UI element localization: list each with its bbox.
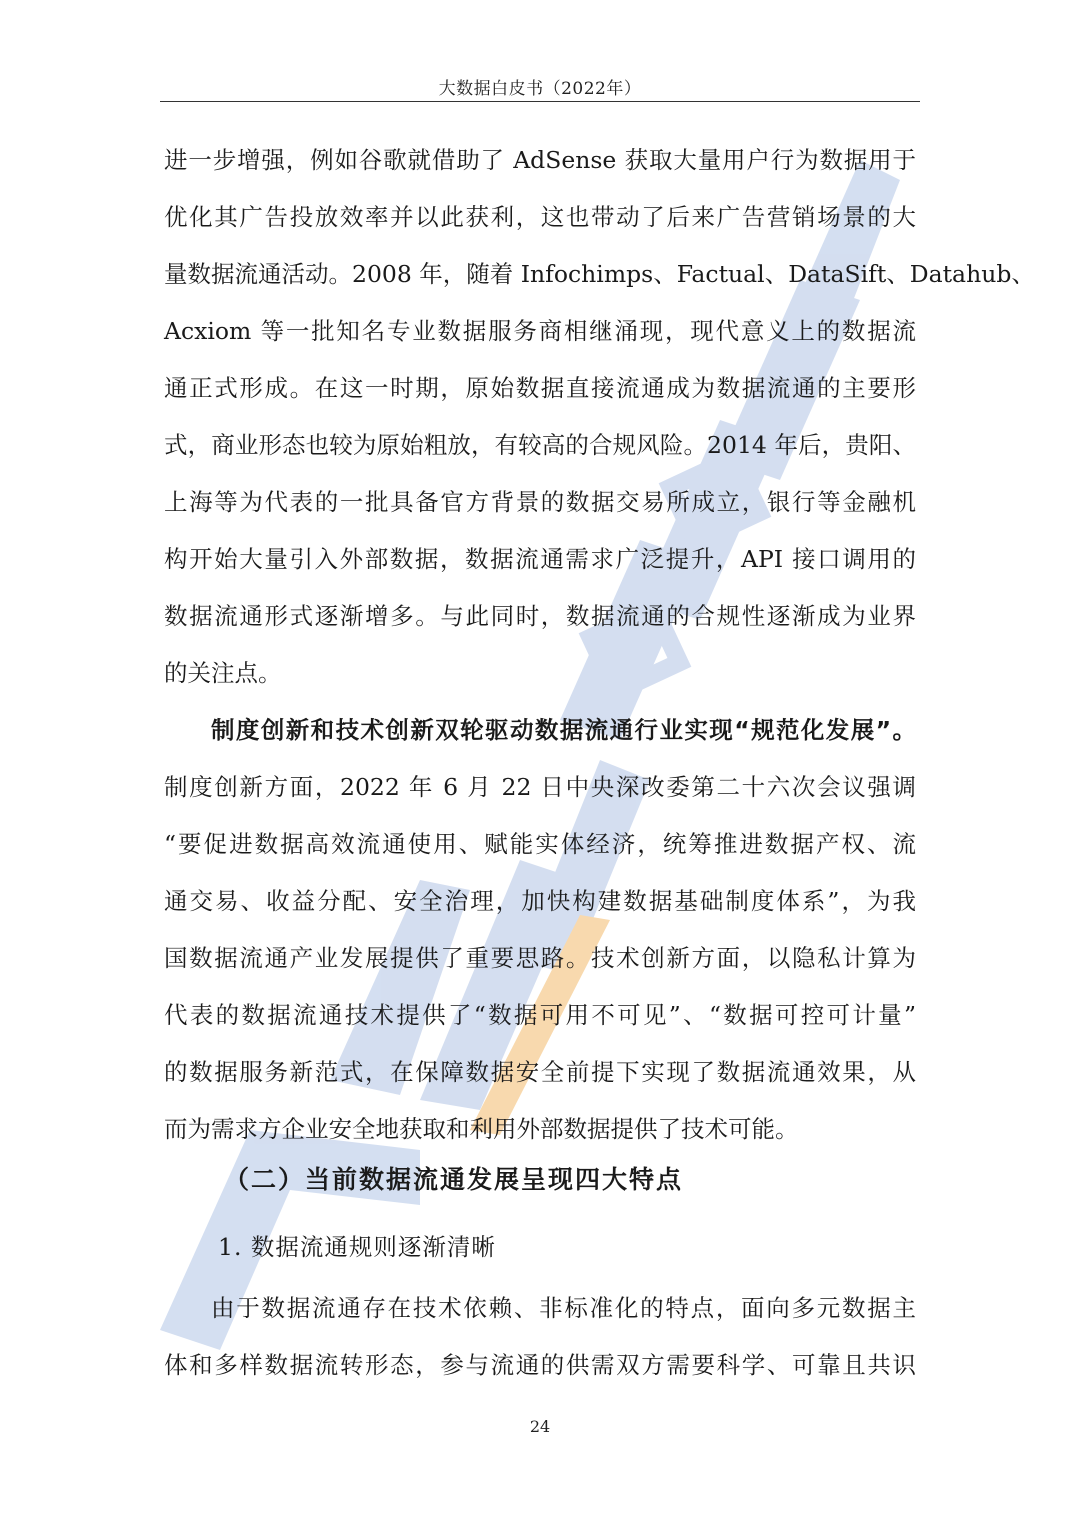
section-heading: （二）当前数据流通发展呈现四大特点: [224, 1160, 683, 1196]
text-line: 而为需求方企业安全地获取和利用外部数据提供了技术可能。: [164, 1101, 916, 1158]
text-line: 优化其广告投放效率并以此获利，这也带动了后来广告营销场景的大: [164, 189, 916, 246]
text-line: “要促进数据高效流通使用、赋能实体经济，统筹推进数据产权、流: [164, 816, 916, 873]
text-line: 制度创新方面，2022 年 6 月 22 日中央深改委第二十六次会议强调: [164, 759, 916, 816]
text-line: 式，商业形态也较为原始粗放，有较高的合规风险。2014 年后，贵阳、: [164, 417, 916, 474]
text-line: 国数据流通产业发展提供了重要思路。技术创新方面，以隐私计算为: [164, 930, 916, 987]
text-line: 上海等为代表的一批具备官方背景的数据交易所成立，银行等金融机: [164, 474, 916, 531]
page-number: 24: [0, 1417, 1080, 1436]
text-line: 代表的数据流通技术提供了“数据可用不可见”、“数据可控可计量”: [164, 987, 916, 1044]
document-page: 大数据白皮书（2022年） 进一步增强，例如谷歌就借助了 AdSense 获取大…: [0, 0, 1080, 1527]
text-line: 的关注点。: [164, 645, 916, 702]
header-divider: [160, 101, 920, 102]
text-line: 进一步增强，例如谷歌就借助了 AdSense 获取大量用户行为数据用于: [164, 132, 916, 189]
text-line: 通交易、收益分配、安全治理，加快构建数据基础制度体系”，为我: [164, 873, 916, 930]
paragraph-rules: 由于数据流通存在技术依赖、非标准化的特点，面向多元数据主 体和多样数据流转形态，…: [164, 1280, 916, 1394]
text-line: 体和多样数据流转形态，参与流通的供需双方需要科学、可靠且共识: [164, 1337, 916, 1394]
text-line: Acxiom 等一批知名专业数据服务商相继涌现，现代意义上的数据流: [164, 303, 916, 360]
paragraph-lead-bold: 制度创新和技术创新双轮驱动数据流通行业实现“规范化发展”。: [164, 702, 916, 759]
text-line: 量数据流通活动。2008 年，随着 Infochimps、Factual、Dat…: [164, 246, 916, 303]
running-header: 大数据白皮书（2022年）: [160, 74, 920, 99]
paragraph-history: 进一步增强，例如谷歌就借助了 AdSense 获取大量用户行为数据用于 优化其广…: [164, 132, 916, 1158]
text-line: 构开始大量引入外部数据，数据流通需求广泛提升，API 接口调用的: [164, 531, 916, 588]
text-line: 通正式形成。在这一时期，原始数据直接流通成为数据流通的主要形: [164, 360, 916, 417]
text-line: 由于数据流通存在技术依赖、非标准化的特点，面向多元数据主: [164, 1280, 916, 1337]
subsection-heading: 1. 数据流通规则逐渐清晰: [218, 1228, 496, 1262]
text-line: 数据流通形式逐渐增多。与此同时，数据流通的合规性逐渐成为业界: [164, 588, 916, 645]
text-line: 的数据服务新范式，在保障数据安全前提下实现了数据流通效果，从: [164, 1044, 916, 1101]
